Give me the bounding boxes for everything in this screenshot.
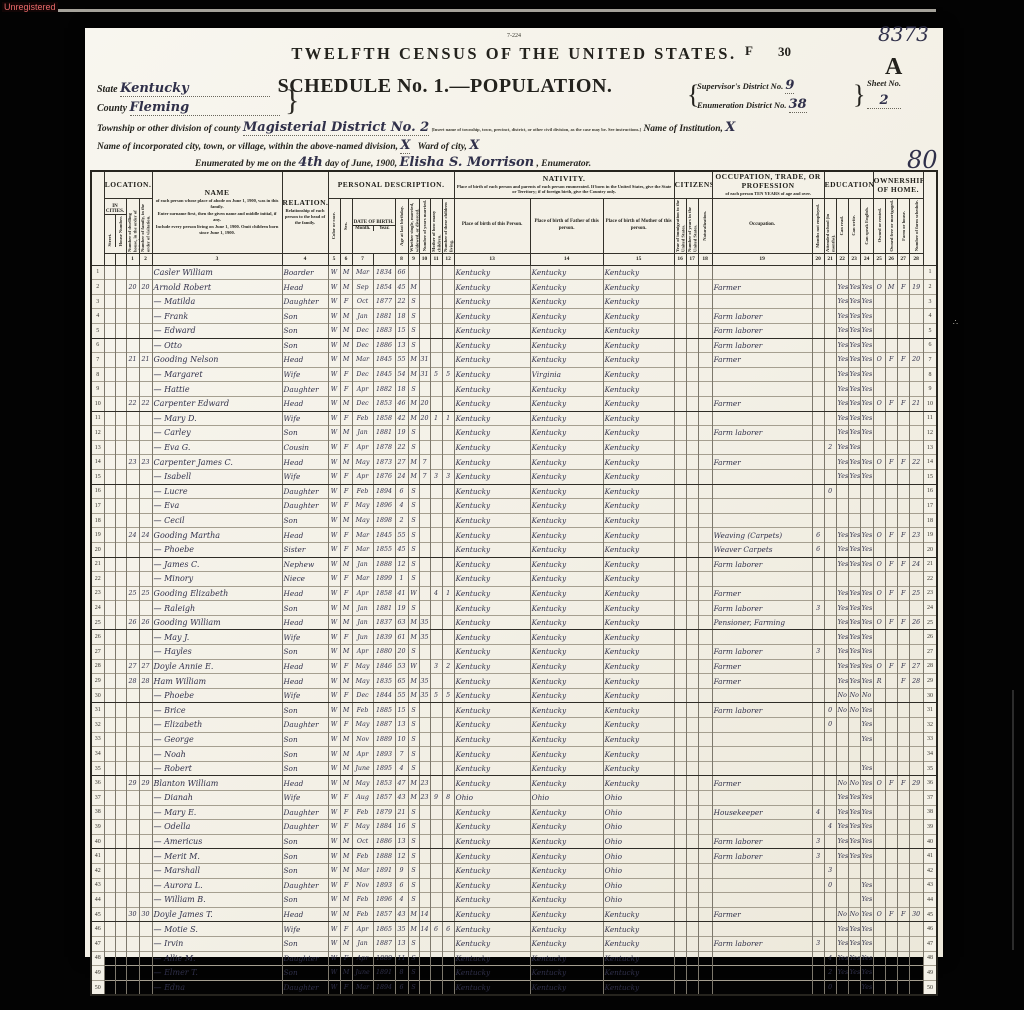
cell-age: 4 [395, 761, 408, 776]
cell-sex: M [340, 936, 352, 951]
cell-sch [824, 396, 836, 411]
cell-ms: M [408, 353, 419, 368]
cell-by: 1834 [373, 265, 395, 280]
cell-en: Yes [860, 382, 873, 397]
cell-by: 1857 [373, 907, 395, 922]
cell-f [139, 601, 152, 616]
cell-sex: M [340, 615, 352, 630]
cell-rd: Yes [836, 367, 848, 382]
cell-race: W [328, 294, 340, 309]
cell-rd [836, 513, 848, 528]
cell-cliv [442, 951, 454, 966]
cell-ofm [885, 922, 897, 937]
cell-age: 63 [395, 615, 408, 630]
cell-fh [897, 324, 909, 339]
line-number-right: 24 [923, 601, 937, 616]
cell-occ [712, 732, 812, 747]
cell-age: 2 [395, 513, 408, 528]
cell-rel: Daughter [282, 951, 328, 966]
cell-imm [674, 630, 686, 645]
cell-st [104, 440, 115, 455]
cell-en [860, 440, 873, 455]
cell-nat [698, 353, 712, 368]
cell-nat [698, 718, 712, 733]
cell-pf: Kentucky [530, 907, 603, 922]
cell-sex: F [340, 499, 352, 514]
cell-imm [674, 718, 686, 733]
cell-bm: Jan [352, 936, 373, 951]
cell-by: 1893 [373, 878, 395, 893]
line-number-left: 15 [91, 469, 104, 484]
cell-fh: F [897, 396, 909, 411]
cell-pb: Kentucky [454, 469, 530, 484]
line-number-right: 20 [923, 542, 937, 557]
cell-ym [419, 499, 430, 514]
cell-fh [897, 747, 909, 762]
line-number-left: 26 [91, 630, 104, 645]
column-months-not-employed: Months not employed. [812, 198, 824, 253]
cell-own: O [873, 615, 885, 630]
cell-imm [674, 367, 686, 382]
cell-mne [812, 659, 824, 674]
cell-age: 55 [395, 688, 408, 703]
cell-f [139, 440, 152, 455]
name-desc-2: Enter surname first, then the given name… [153, 210, 282, 223]
column-years-in-us: Number of years in the United States. [686, 198, 698, 253]
cell-hn [115, 761, 126, 776]
cell-fh [897, 805, 909, 820]
cell-fh: F [897, 280, 909, 295]
cell-pm: Kentucky [603, 294, 674, 309]
cell-d [126, 382, 139, 397]
cell-f [139, 922, 152, 937]
cell-sex: M [340, 338, 352, 353]
cell-moc [430, 528, 442, 543]
cell-occ: Farmer [712, 659, 812, 674]
cell-fh [897, 601, 909, 616]
cell-ms: M [408, 674, 419, 689]
cell-wr: Yes [848, 586, 860, 601]
cell-ofm [885, 893, 897, 908]
cell-age: 10 [395, 732, 408, 747]
cell-name: — Dianah [152, 791, 282, 806]
column-number: 12 [442, 253, 454, 265]
stamp-letter: F [745, 43, 753, 59]
cell-d [126, 718, 139, 733]
cell-en: Yes [860, 893, 873, 908]
column-number: 23 [848, 253, 860, 265]
cell-f [139, 936, 152, 951]
cell-rd: Yes [836, 849, 848, 864]
cell-name: — Edward [152, 324, 282, 339]
cell-imm [674, 557, 686, 572]
cell-cliv: 3 [442, 469, 454, 484]
cell-hn [115, 294, 126, 309]
cell-age: 4 [395, 499, 408, 514]
cell-own [873, 338, 885, 353]
cell-st [104, 280, 115, 295]
enumerated-label: Enumerated by me on the [195, 159, 296, 169]
cell-pf: Kentucky [530, 265, 603, 280]
cell-ms: M [408, 922, 419, 937]
cell-imm [674, 688, 686, 703]
cell-f [139, 294, 152, 309]
enumerator-label: , Enumerator. [537, 159, 592, 169]
line-number-right: 50 [923, 980, 937, 995]
cell-imm [674, 338, 686, 353]
cell-sch [824, 688, 836, 703]
cell-f [139, 469, 152, 484]
cell-sch [824, 601, 836, 616]
cell-sex: F [340, 367, 352, 382]
table-row: 27— HaylesSonWMApr188020SKentuckyKentuck… [91, 645, 937, 660]
cell-st [104, 557, 115, 572]
cell-ofm [885, 513, 897, 528]
cell-age: 13 [395, 834, 408, 849]
cell-imm [674, 382, 686, 397]
cell-fh [897, 980, 909, 995]
column-number [373, 253, 395, 265]
cell-fs [909, 863, 923, 878]
line-number-left: 24 [91, 601, 104, 616]
cell-pm: Kentucky [603, 426, 674, 441]
cell-nat [698, 791, 712, 806]
column-number: 8 [395, 253, 408, 265]
column-marital-status: Whether single, married, widowed, or div… [408, 198, 419, 253]
cell-wr [848, 513, 860, 528]
cell-en [860, 572, 873, 587]
cell-mne [812, 718, 824, 733]
cell-ym: 23 [419, 791, 430, 806]
cell-name: Gooding Nelson [152, 353, 282, 368]
table-row: 102222Carpenter EdwardHeadWMDec185346M20… [91, 396, 937, 411]
cell-nat [698, 615, 712, 630]
cell-sch [824, 338, 836, 353]
cell-age: 27 [395, 455, 408, 470]
cell-hn [115, 542, 126, 557]
cell-d [126, 572, 139, 587]
cell-fh [897, 572, 909, 587]
cell-name: — Elmer T. [152, 966, 282, 981]
cell-bm: Mar [352, 353, 373, 368]
cell-st [104, 382, 115, 397]
cell-own: O [873, 396, 885, 411]
cell-sch [824, 294, 836, 309]
cell-name: Casler William [152, 265, 282, 280]
cell-wr [848, 878, 860, 893]
cell-rel: Wife [282, 411, 328, 426]
cell-sch [824, 411, 836, 426]
cell-ym [419, 966, 430, 981]
cell-name: Arnold Robert [152, 280, 282, 295]
nativity-desc: Place of birth of each person and parent… [455, 183, 674, 196]
line-number-left: 50 [91, 980, 104, 995]
cell-yus [686, 849, 698, 864]
cell-cliv [442, 630, 454, 645]
cell-ym [419, 280, 430, 295]
cell-imm [674, 761, 686, 776]
cell-pf: Kentucky [530, 936, 603, 951]
cell-hn [115, 863, 126, 878]
cell-wr: Yes [848, 426, 860, 441]
cell-hn [115, 382, 126, 397]
cell-st [104, 426, 115, 441]
cell-rd: Yes [836, 951, 848, 966]
cell-st [104, 513, 115, 528]
line-number-left: 10 [91, 396, 104, 411]
cell-rel: Daughter [282, 805, 328, 820]
cell-ms: S [408, 528, 419, 543]
cell-f [139, 645, 152, 660]
cell-imm [674, 324, 686, 339]
cell-d: 24 [126, 528, 139, 543]
line-number-left: 48 [91, 951, 104, 966]
cell-own [873, 367, 885, 382]
cell-moc [430, 513, 442, 528]
cell-race: W [328, 367, 340, 382]
cell-cliv [442, 615, 454, 630]
cell-en [860, 499, 873, 514]
cell-bm: Feb [352, 907, 373, 922]
cell-en: Yes [860, 805, 873, 820]
cell-moc [430, 863, 442, 878]
cell-yus [686, 922, 698, 937]
cell-en: Yes [860, 528, 873, 543]
cell-age: 22 [395, 294, 408, 309]
cell-f [139, 878, 152, 893]
cell-ms: S [408, 732, 419, 747]
cell-yus [686, 280, 698, 295]
cell-occ [712, 513, 812, 528]
cell-f [139, 265, 152, 280]
column-numbers-row: 1234567891011121314151617181920212223242… [91, 253, 937, 265]
cell-sex: M [340, 426, 352, 441]
cell-moc [430, 747, 442, 762]
cell-own [873, 324, 885, 339]
cell-moc [430, 936, 442, 951]
cell-fs: 28 [909, 674, 923, 689]
cell-hn [115, 455, 126, 470]
cell-nat [698, 645, 712, 660]
cell-ym [419, 265, 430, 280]
table-row: 1Casler WilliamBoarderWMMar183466Kentuck… [91, 265, 937, 280]
cell-occ: Farmer [712, 586, 812, 601]
cell-pm: Ohio [603, 805, 674, 820]
cell-name: — Matilda [152, 294, 282, 309]
cell-d [126, 440, 139, 455]
cell-mne [812, 280, 824, 295]
line-number-left: 28 [91, 659, 104, 674]
cell-fh [897, 951, 909, 966]
cell-nat [698, 820, 712, 835]
cell-cliv: 6 [442, 922, 454, 937]
cell-cliv [442, 645, 454, 660]
cell-fs [909, 645, 923, 660]
cell-pm: Kentucky [603, 367, 674, 382]
cell-age: 54 [395, 367, 408, 382]
cell-d [126, 703, 139, 718]
cell-pm: Kentucky [603, 513, 674, 528]
cell-mne: 3 [812, 601, 824, 616]
cell-moc [430, 309, 442, 324]
cell-moc [430, 849, 442, 864]
cell-bm: Apr [352, 922, 373, 937]
cell-pb: Kentucky [454, 455, 530, 470]
cell-imm [674, 294, 686, 309]
cell-en: Yes [860, 542, 873, 557]
city-value: X [400, 138, 410, 154]
cell-race: W [328, 893, 340, 908]
cell-race: W [328, 513, 340, 528]
table-row: 252626Gooding WilliamHeadWMJan183763M35K… [91, 615, 937, 630]
cell-rd: Yes [836, 615, 848, 630]
cell-hn [115, 396, 126, 411]
cell-wr: Yes [848, 557, 860, 572]
cell-by: 1899 [373, 572, 395, 587]
cell-pb: Kentucky [454, 280, 530, 295]
cell-nat [698, 455, 712, 470]
cell-fs: 29 [909, 776, 923, 791]
cell-fh: F [897, 659, 909, 674]
cell-f [139, 732, 152, 747]
cell-ym [419, 703, 430, 718]
line-number-right: 7 [923, 353, 937, 368]
cell-ms: W [408, 659, 419, 674]
cell-d [126, 747, 139, 762]
cell-st [104, 674, 115, 689]
cell-fh [897, 922, 909, 937]
cell-moc: 9 [430, 791, 442, 806]
cell-wr: Yes [848, 528, 860, 543]
cell-cliv [442, 280, 454, 295]
cell-ms: S [408, 309, 419, 324]
cell-ofm [885, 411, 897, 426]
cell-pb: Ohio [454, 791, 530, 806]
cell-fs [909, 426, 923, 441]
cell-pb: Kentucky [454, 820, 530, 835]
cell-sch [824, 542, 836, 557]
cell-age: 43 [395, 791, 408, 806]
cell-moc [430, 718, 442, 733]
cell-cliv [442, 776, 454, 791]
cell-sex: F [340, 411, 352, 426]
cell-imm [674, 469, 686, 484]
cell-moc [430, 776, 442, 791]
cell-wr [848, 747, 860, 762]
cell-occ [712, 820, 812, 835]
cell-en: Yes [860, 630, 873, 645]
cell-pm: Kentucky [603, 353, 674, 368]
cell-occ [712, 791, 812, 806]
line-number-right: 10 [923, 396, 937, 411]
cell-rel: Son [282, 601, 328, 616]
cell-hn [115, 324, 126, 339]
cell-by: 1888 [373, 557, 395, 572]
cell-pb: Kentucky [454, 776, 530, 791]
township-label: Township or other division of county [97, 124, 241, 134]
cell-wr: Yes [848, 353, 860, 368]
cell-pm: Kentucky [603, 645, 674, 660]
cell-en: Yes [860, 966, 873, 981]
cell-fh [897, 834, 909, 849]
township-line: Township or other division of county Mag… [97, 120, 931, 135]
cell-st [104, 601, 115, 616]
cell-en: Yes [860, 980, 873, 995]
cell-ms: W [408, 586, 419, 601]
cell-cliv [442, 601, 454, 616]
cell-yus [686, 805, 698, 820]
cell-fh [897, 761, 909, 776]
cell-pb: Kentucky [454, 440, 530, 455]
cell-pb: Kentucky [454, 761, 530, 776]
cell-nat [698, 659, 712, 674]
cell-wr [848, 718, 860, 733]
cell-pm: Kentucky [603, 411, 674, 426]
cell-ms: S [408, 834, 419, 849]
cell-f: 20 [139, 280, 152, 295]
cell-f [139, 513, 152, 528]
cell-cliv [442, 499, 454, 514]
cell-f [139, 718, 152, 733]
cell-hn [115, 469, 126, 484]
cell-d [126, 922, 139, 937]
cell-yus [686, 791, 698, 806]
cell-by: 1893 [373, 747, 395, 762]
line-number-left: 12 [91, 426, 104, 441]
cell-ym [419, 324, 430, 339]
line-number-right: 35 [923, 761, 937, 776]
cell-ym [419, 863, 430, 878]
line-number-left: 43 [91, 878, 104, 893]
township-value: Magisterial District No. 2 [243, 120, 429, 136]
cell-occ: Weaving (Carpets) [712, 528, 812, 543]
cell-own: R [873, 674, 885, 689]
cell-d [126, 367, 139, 382]
cell-pb: Kentucky [454, 645, 530, 660]
city-line: Name of incorporated city, town, or vill… [97, 138, 931, 153]
cell-pf: Kentucky [530, 309, 603, 324]
cell-ym: 7 [419, 455, 430, 470]
cell-pf: Kentucky [530, 557, 603, 572]
cell-by: 1877 [373, 294, 395, 309]
cell-name: — William B. [152, 893, 282, 908]
cell-imm [674, 674, 686, 689]
cell-sex: F [340, 542, 352, 557]
cell-bm: Oct [352, 834, 373, 849]
cell-pf: Kentucky [530, 878, 603, 893]
cell-sex: F [340, 980, 352, 995]
cell-pm: Kentucky [603, 484, 674, 499]
cell-by: 1839 [373, 630, 395, 645]
cell-hn [115, 951, 126, 966]
cell-bm: Jan [352, 615, 373, 630]
cell-bm: Sep [352, 280, 373, 295]
cell-rel: Head [282, 615, 328, 630]
cell-f: 29 [139, 776, 152, 791]
cell-race: W [328, 878, 340, 893]
table-row: 362929Blanton WilliamHeadWMMay185347M23K… [91, 776, 937, 791]
cell-rel: Head [282, 280, 328, 295]
cell-yus [686, 484, 698, 499]
cell-en: Yes [860, 936, 873, 951]
cell-st [104, 761, 115, 776]
cell-moc [430, 601, 442, 616]
line-number-left: 19 [91, 528, 104, 543]
column-number: 21 [824, 253, 836, 265]
cell-occ [712, 966, 812, 981]
cell-age: 45 [395, 280, 408, 295]
cell-moc [430, 630, 442, 645]
